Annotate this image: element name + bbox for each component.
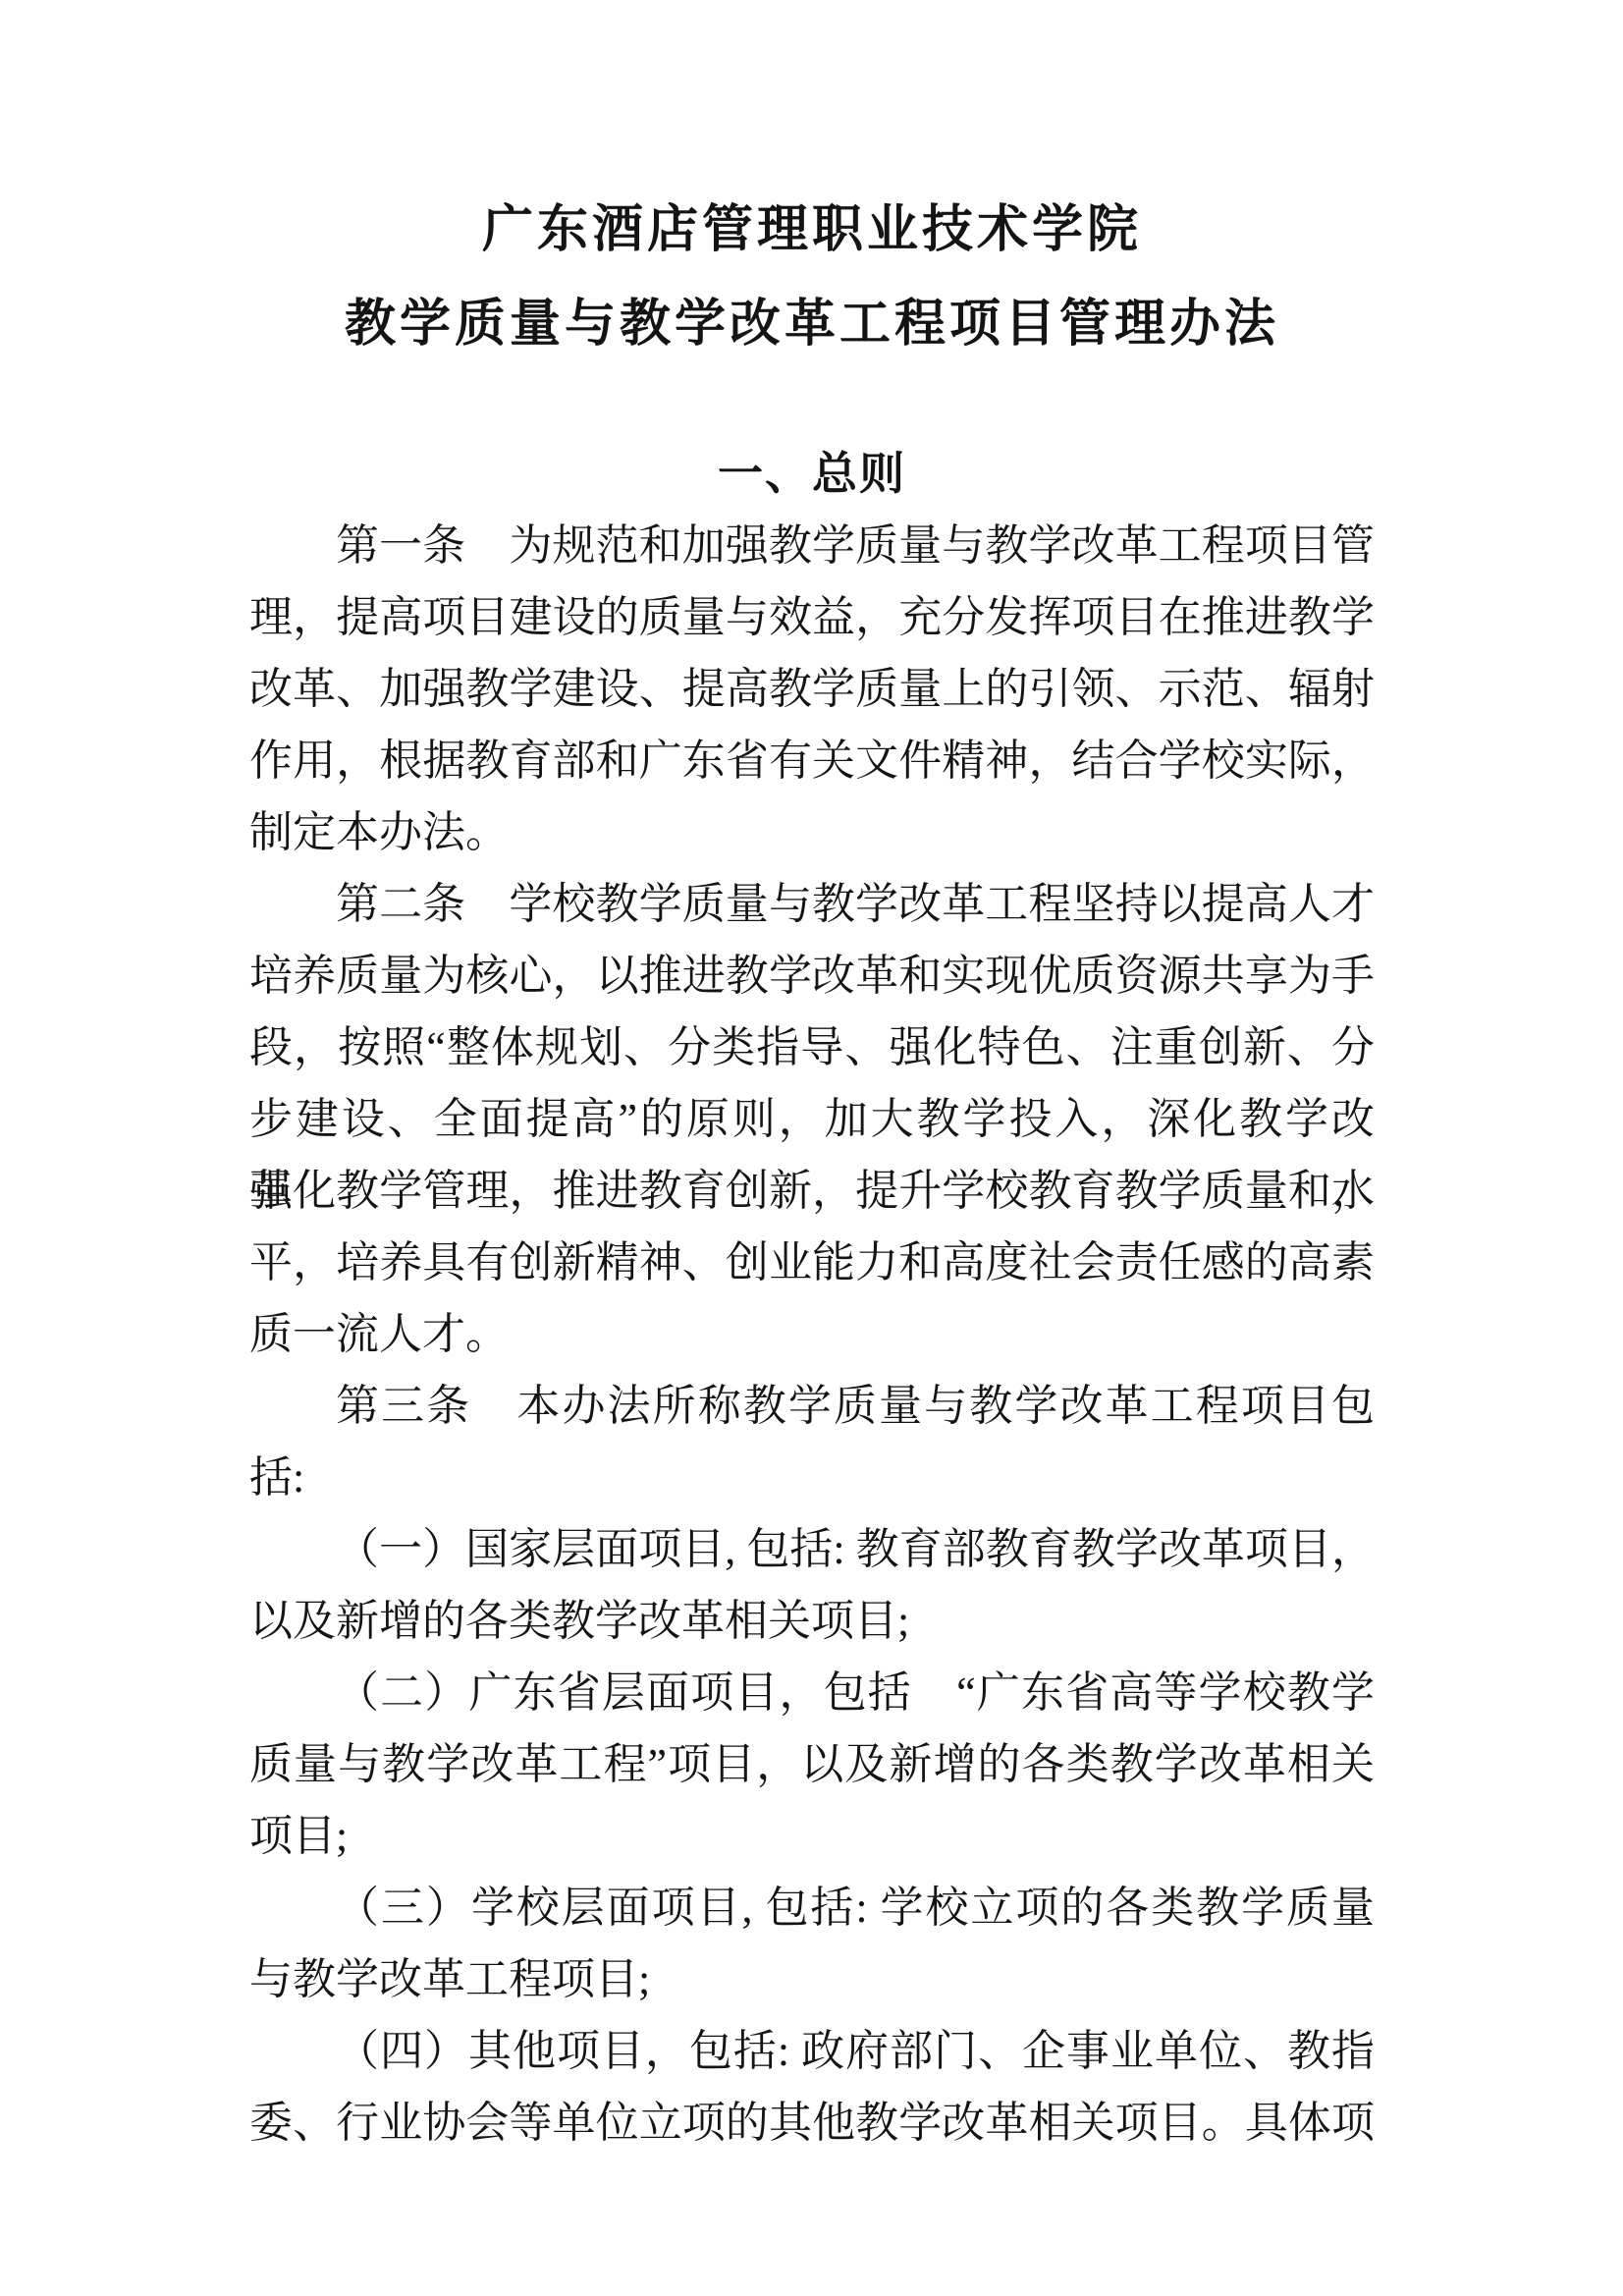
document-page: 广东酒店管理职业技术学院 教学质量与教学改革工程项目管理办法 一、总则 第一条 … [0, 0, 1623, 2296]
body-line: 培养质量为核心，以推进教学改革和实现优质资源共享为手 [249, 940, 1375, 1011]
body-line: 质一流人才。 [249, 1298, 1375, 1370]
body-line: 理，提高项目建设的质量与效益，充分发挥项目在推进教学 [249, 581, 1375, 653]
body-line: （一）国家层面项目, 包括: 教育部教育教学改革项目， [249, 1513, 1375, 1585]
body-line: 第一条 为规范和加强教学质量与教学改革工程项目管 [249, 510, 1375, 581]
document-title: 广东酒店管理职业技术学院 教学质量与教学改革工程项目管理办法 [249, 0, 1375, 355]
body-line: 括: [249, 1442, 1375, 1513]
body-line: 作用，根据教育部和广东省有关文件精神，结合学校实际， [249, 725, 1375, 796]
body-line: 改革、加强教学建设、提高教学质量上的引领、示范、辐射 [249, 653, 1375, 725]
body-line: 制定本办法。 [249, 796, 1375, 868]
body-line: 项目; [249, 1800, 1375, 1872]
body-line: （四）其他项目，包括: 政府部门、企事业单位、教指 [249, 2015, 1375, 2087]
body-line: 质量与教学改革工程”项目，以及新增的各类教学改革相关 [249, 1728, 1375, 1800]
document-body: 第一条 为规范和加强教学质量与教学改革工程项目管理，提高项目建设的质量与效益，充… [249, 510, 1375, 2159]
body-line: （三）学校层面项目, 包括: 学校立项的各类教学质量 [249, 1872, 1375, 1943]
body-line: 与教学改革工程项目; [249, 1943, 1375, 2015]
body-line: （二）广东省层面项目，包括 “广东省高等学校教学 [249, 1657, 1375, 1728]
body-line: 段，按照“整体规划、分类指导、强化特色、注重创新、分 [249, 1011, 1375, 1083]
body-line: 第二条 学校教学质量与教学改革工程坚持以提高人才 [249, 868, 1375, 940]
body-line: 步建设、全面提高”的原则，加大教学投入，深化教学改革， [249, 1083, 1375, 1155]
body-line: 第三条 本办法所称教学质量与教学改革工程项目包 [249, 1370, 1375, 1442]
document-title-line-2: 教学质量与教学改革工程项目管理办法 [249, 296, 1375, 355]
section-heading: 一、总则 [249, 438, 1375, 510]
body-line: 强化教学管理，推进教育创新，提升学校教育教学质量和水 [249, 1155, 1375, 1227]
body-line: 委、行业协会等单位立项的其他教学改革相关项目。具体项 [249, 2087, 1375, 2159]
body-line: 以及新增的各类教学改革相关项目; [249, 1585, 1375, 1657]
body-line: 平，培养具有创新精神、创业能力和高度社会责任感的高素 [249, 1227, 1375, 1298]
document-content: 广东酒店管理职业技术学院 教学质量与教学改革工程项目管理办法 一、总则 第一条 … [249, 0, 1375, 2159]
document-title-line-1: 广东酒店管理职业技术学院 [249, 201, 1375, 260]
